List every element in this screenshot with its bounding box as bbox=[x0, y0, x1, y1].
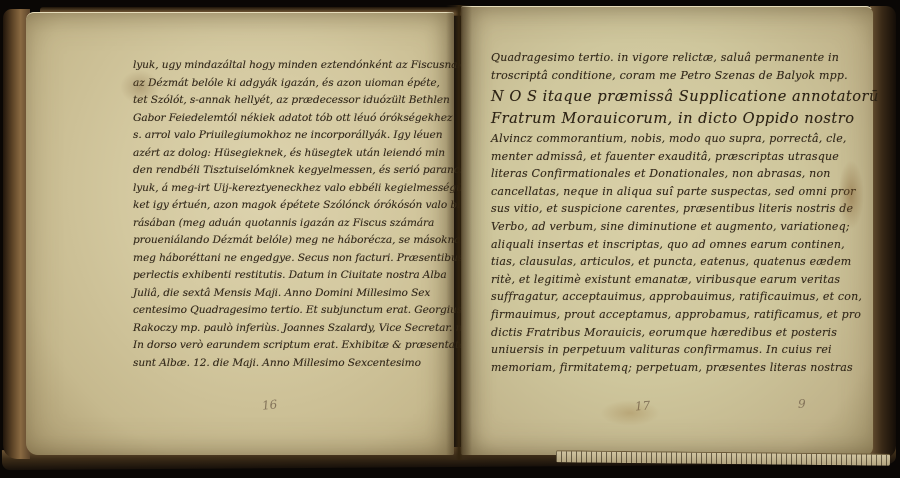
manuscript-line: sunt Albæ. 12. die Maji. Anno Millesimo … bbox=[133, 355, 449, 373]
manuscript-line: Alvincz commorantium, nobis, modo quo su… bbox=[491, 130, 836, 148]
manuscript-line: den rendbéli Tisztuiselómknek kegyelmess… bbox=[133, 162, 449, 180]
manuscript-line: proueniálando Dézmát belóle) meg ne hábo… bbox=[133, 232, 449, 250]
manuscript-heading-line: Fratrum Morauicorum, in dicto Oppido nos… bbox=[491, 108, 836, 130]
manuscript-line: tet Szólót, s-annak hellyét, az prædeces… bbox=[133, 92, 449, 110]
manuscript-line: troscriptâ conditione, coram me Petro Sz… bbox=[491, 67, 836, 85]
right-page: Quadragesimo tertio. in vigore relictæ, … bbox=[461, 6, 874, 455]
manuscript-line: lyuk, á meg-irt Uij-kereztyeneckhez valo… bbox=[133, 180, 449, 198]
right-page-heading-lines: N O S itaque præmissâ Supplicatione anno… bbox=[491, 86, 836, 129]
left-page-text-block: lyuk, ugy mindazáltal hogy minden eztend… bbox=[133, 57, 449, 372]
manuscript-line: azért az dolog: Hüsegieknek, és hüsegtek… bbox=[133, 145, 449, 163]
manuscript-line: perlectis exhibenti restitutis. Datum in… bbox=[133, 267, 449, 285]
manuscript-heading-line: N O S itaque præmissâ Supplicatione anno… bbox=[491, 86, 836, 108]
right-page-folio-number: 9 bbox=[798, 397, 806, 411]
manuscript-line: rásában (meg aduán quotannis igazán az F… bbox=[133, 215, 449, 233]
manuscript-line: firmauimus, prout acceptamus, approbamus… bbox=[491, 306, 836, 324]
manuscript-line: centesimo Quadragesimo tertio. Et subjun… bbox=[133, 302, 449, 320]
manuscript-line: s. arrol valo Priuilegiumokhoz ne incorp… bbox=[133, 127, 449, 145]
right-page-intro-lines: Quadragesimo tertio. in vigore relictæ, … bbox=[491, 49, 836, 85]
manuscript-line: suffragatur, acceptauimus, approbauimus,… bbox=[491, 288, 836, 306]
manuscript-line: uniuersis in perpetuum valituras confirm… bbox=[491, 341, 836, 359]
manuscript-line: tias, clausulas, articulos, et puncta, e… bbox=[491, 253, 836, 271]
manuscript-line: aliquali insertas et inscriptas, quo ad … bbox=[491, 236, 836, 254]
manuscript-line: memoriam, firmitatemq; perpetuam, præsen… bbox=[491, 359, 836, 377]
manuscript-line: az Dézmát belóle ki adgyák igazán, és az… bbox=[133, 75, 449, 93]
left-page: lyuk, ugy mindazáltal hogy minden eztend… bbox=[26, 12, 454, 455]
manuscript-line: lyuk, ugy mindazáltal hogy minden eztend… bbox=[133, 57, 449, 75]
manuscript-line: cancellatas, neque in aliqua suî parte s… bbox=[491, 183, 836, 201]
manuscript-line: Rakoczy mp. paulò inferiùs. Joannes Szal… bbox=[133, 320, 449, 338]
manuscript-line: sus vitio, et suspicione carentes, præse… bbox=[491, 200, 836, 218]
manuscript-line: Quadragesimo tertio. in vigore relictæ, … bbox=[491, 49, 836, 67]
right-page-body-lines: Alvincz commorantium, nobis, modo quo su… bbox=[491, 130, 836, 376]
manuscript-line: Gabor Feiedelemtól nékiek adatot tób ott… bbox=[133, 110, 449, 128]
manuscript-line: literas Confirmationales et Donationales… bbox=[491, 165, 836, 183]
manuscript-line: dictis Fratribus Morauicis, eorumque hær… bbox=[491, 324, 836, 342]
manuscript-line: ket igy értuén, azon magok épétete Szóló… bbox=[133, 197, 449, 215]
left-page-number: 16 bbox=[261, 397, 278, 413]
manuscript-line: ritè, et legitimè existunt emanatæ, viri… bbox=[491, 271, 836, 289]
manuscript-line: meg háboréttani ne engedgye. Secus non f… bbox=[133, 250, 449, 268]
manuscript-line: Juliâ, die sextâ Mensis Maji. Anno Domin… bbox=[133, 285, 449, 303]
book-gutter bbox=[446, 5, 472, 460]
photo-background: lyuk, ugy mindazáltal hogy minden eztend… bbox=[0, 0, 900, 478]
right-page-number: 17 bbox=[635, 398, 651, 413]
manuscript-line: Verbo, ad verbum, sine diminutione et au… bbox=[491, 218, 836, 236]
manuscript-line: In dorso verò earundem scriptum erat. Ex… bbox=[133, 337, 449, 355]
manuscript-line: menter admissâ, et fauenter exauditâ, pr… bbox=[491, 148, 836, 166]
